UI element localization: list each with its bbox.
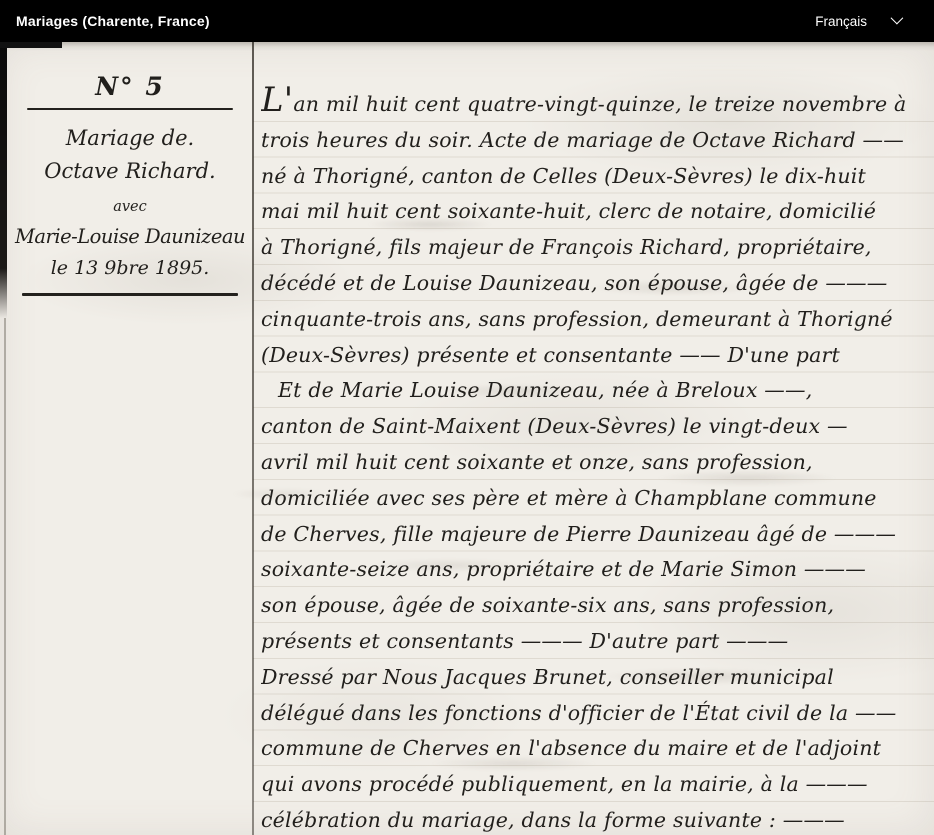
margin-line: Mariage de. <box>8 122 252 155</box>
manuscript-line: trois heures du soir. Acte de mariage de… <box>261 123 933 159</box>
manuscript-line: Et de Marie Louise Daunizeau, née à Brel… <box>261 373 933 409</box>
manuscript-line: né à Thorigné, canton de Celles (Deux-Sè… <box>261 159 933 195</box>
app-header: Mariages (Charente, France) Français <box>0 0 934 42</box>
manuscript-line: de Cherves, fille majeure de Pierre Daun… <box>261 517 933 553</box>
margin-divider-line <box>252 42 254 835</box>
manuscript-line: commune de Cherves en l'absence du maire… <box>261 731 933 767</box>
chevron-down-icon <box>891 12 904 25</box>
record-number: N° 5 <box>8 72 252 101</box>
manuscript-line: domiciliée avec ses père et mère à Champ… <box>261 481 933 517</box>
manuscript-line: mai mil huit cent soixante-huit, clerc d… <box>261 194 933 230</box>
manuscript-line: cinquante-trois ans, sans profession, de… <box>261 302 933 338</box>
record-viewer-window: Mariages (Charente, France) Français N° … <box>0 0 934 835</box>
manuscript-line: (Deux-Sèvres) présente et consentante ——… <box>261 338 933 374</box>
margin-line: le 13 9bre 1895. <box>8 253 252 283</box>
manuscript-line: son épouse, âgée de soixante-six ans, sa… <box>261 588 933 624</box>
manuscript-line: soixante-seize ans, propriétaire et de M… <box>261 552 933 588</box>
language-selector-label: Français <box>815 14 867 29</box>
manuscript-line: célébration du mariage, dans la forme su… <box>261 803 933 835</box>
margin-title-block: Mariage de.Octave Richard.avecMarie-Loui… <box>8 122 252 283</box>
margin-line: Marie-Louise Daunizeau <box>8 220 252 253</box>
act-manuscript-text: L'an mil huit cent quatre-vingt-quinze, … <box>261 85 933 835</box>
page-title: Mariages (Charente, France) <box>16 13 210 29</box>
margin-annotation: N° 5 Mariage de.Octave Richard.avecMarie… <box>8 42 252 296</box>
margin-line: avec <box>8 194 252 220</box>
scanned-marriage-record: N° 5 Mariage de.Octave Richard.avecMarie… <box>0 42 934 835</box>
manuscript-line: canton de Saint-Maixent (Deux-Sèvres) le… <box>261 409 933 445</box>
page-fold-line <box>4 318 6 835</box>
manuscript-line: Dressé par Nous Jacques Brunet, conseill… <box>261 660 933 696</box>
manuscript-line: L'an mil huit cent quatre-vingt-quinze, … <box>261 85 933 123</box>
scan-edge-shadow <box>0 42 7 318</box>
language-selector[interactable]: Français <box>805 8 910 35</box>
manuscript-line: présents et consentants ——— D'autre part… <box>261 624 933 660</box>
margin-rule-top <box>27 108 233 110</box>
manuscript-line: à Thorigné, fils majeur de François Rich… <box>261 230 933 266</box>
margin-rule-bottom <box>22 293 238 295</box>
manuscript-line: qui avons procédé publiquement, en la ma… <box>261 767 933 803</box>
margin-line: Octave Richard. <box>8 155 252 188</box>
manuscript-line: délégué dans les fonctions d'officier de… <box>261 696 933 732</box>
manuscript-line: avril mil huit cent soixante et onze, sa… <box>261 445 933 481</box>
manuscript-line: décédé et de Louise Daunizeau, son épous… <box>261 266 933 302</box>
